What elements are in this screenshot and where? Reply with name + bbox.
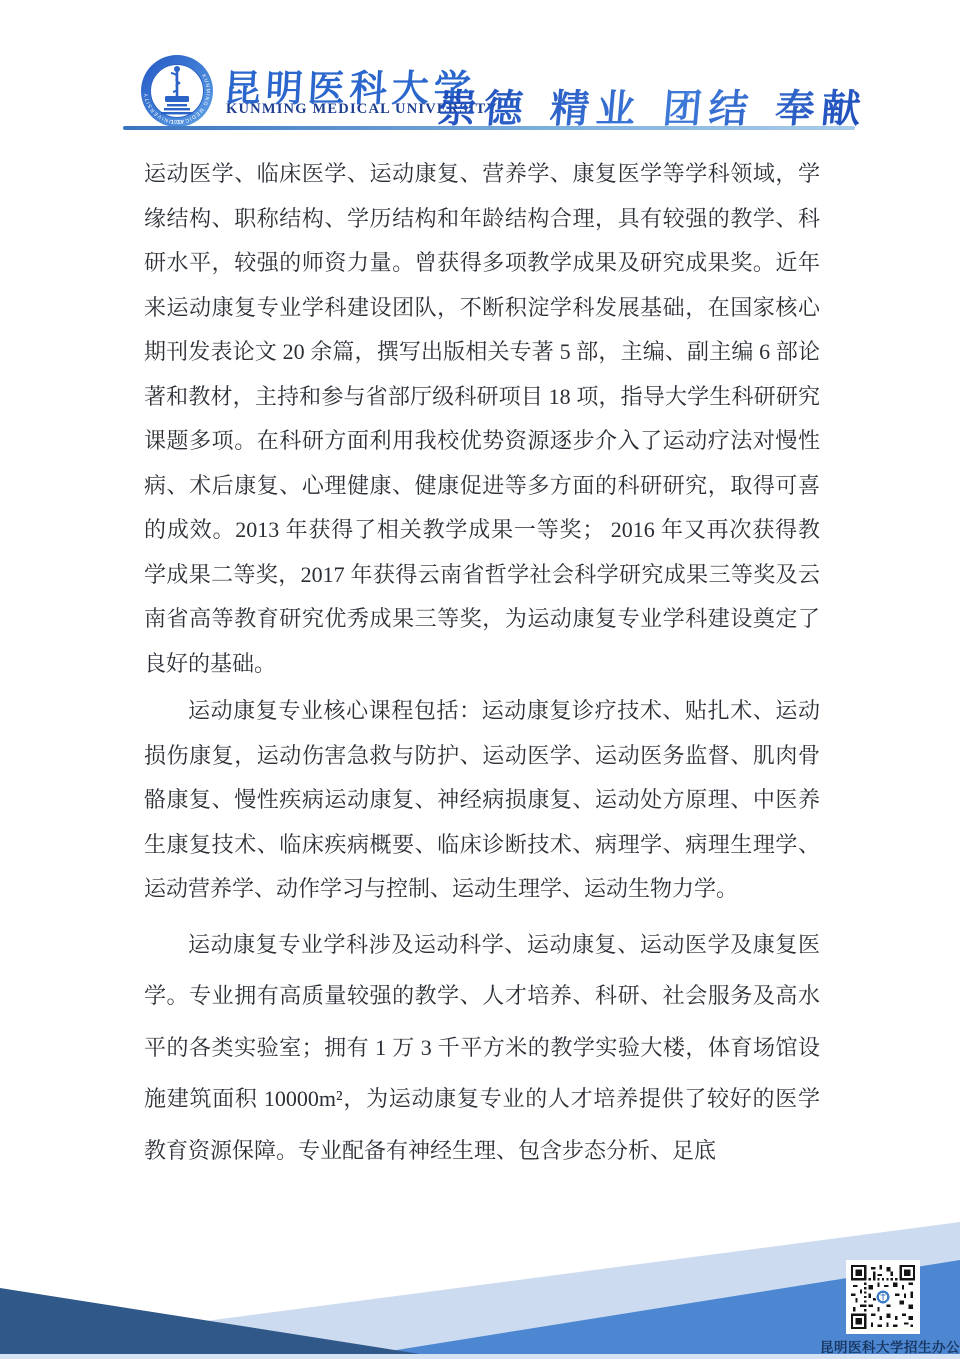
document-body: 运动医学、临床医学、运动康复、营养学、康复医学等学科领域，学缘结构、职称结构、学…	[144, 152, 820, 1176]
body-paragraph: 运动康复专业学科涉及运动科学、运动康复、运动医学及康复医学。专业拥有高质量较强的…	[144, 919, 820, 1177]
university-logo-icon: KUNMING MEDICAL UNIVERSITY 1933	[140, 54, 214, 128]
footer-pale-band-shape	[0, 1180, 960, 1359]
header-divider	[123, 126, 855, 130]
footer: 昆明医科大学招生办公室	[0, 1180, 960, 1359]
body-paragraph: 运动康复专业核心课程包括：运动康复诊疗技术、贴扎术、运动损伤康复，运动伤害急救与…	[144, 689, 820, 912]
footer-navy-triangle-shape	[0, 1180, 960, 1359]
footer-bottom-strip	[0, 1354, 960, 1359]
body-paragraph: 运动医学、临床医学、运动康复、营养学、康复医学等学科领域，学缘结构、职称结构、学…	[144, 152, 820, 686]
footer-medium-band-shape	[0, 1180, 960, 1359]
header: KUNMING MEDICAL UNIVERSITY 1933 昆明医科大学 K…	[0, 0, 960, 140]
qr-caption: 昆明医科大学招生办公室	[820, 1336, 960, 1356]
brochure-page: KUNMING MEDICAL UNIVERSITY 1933 昆明医科大学 K…	[0, 0, 960, 1359]
qr-code	[846, 1260, 920, 1334]
